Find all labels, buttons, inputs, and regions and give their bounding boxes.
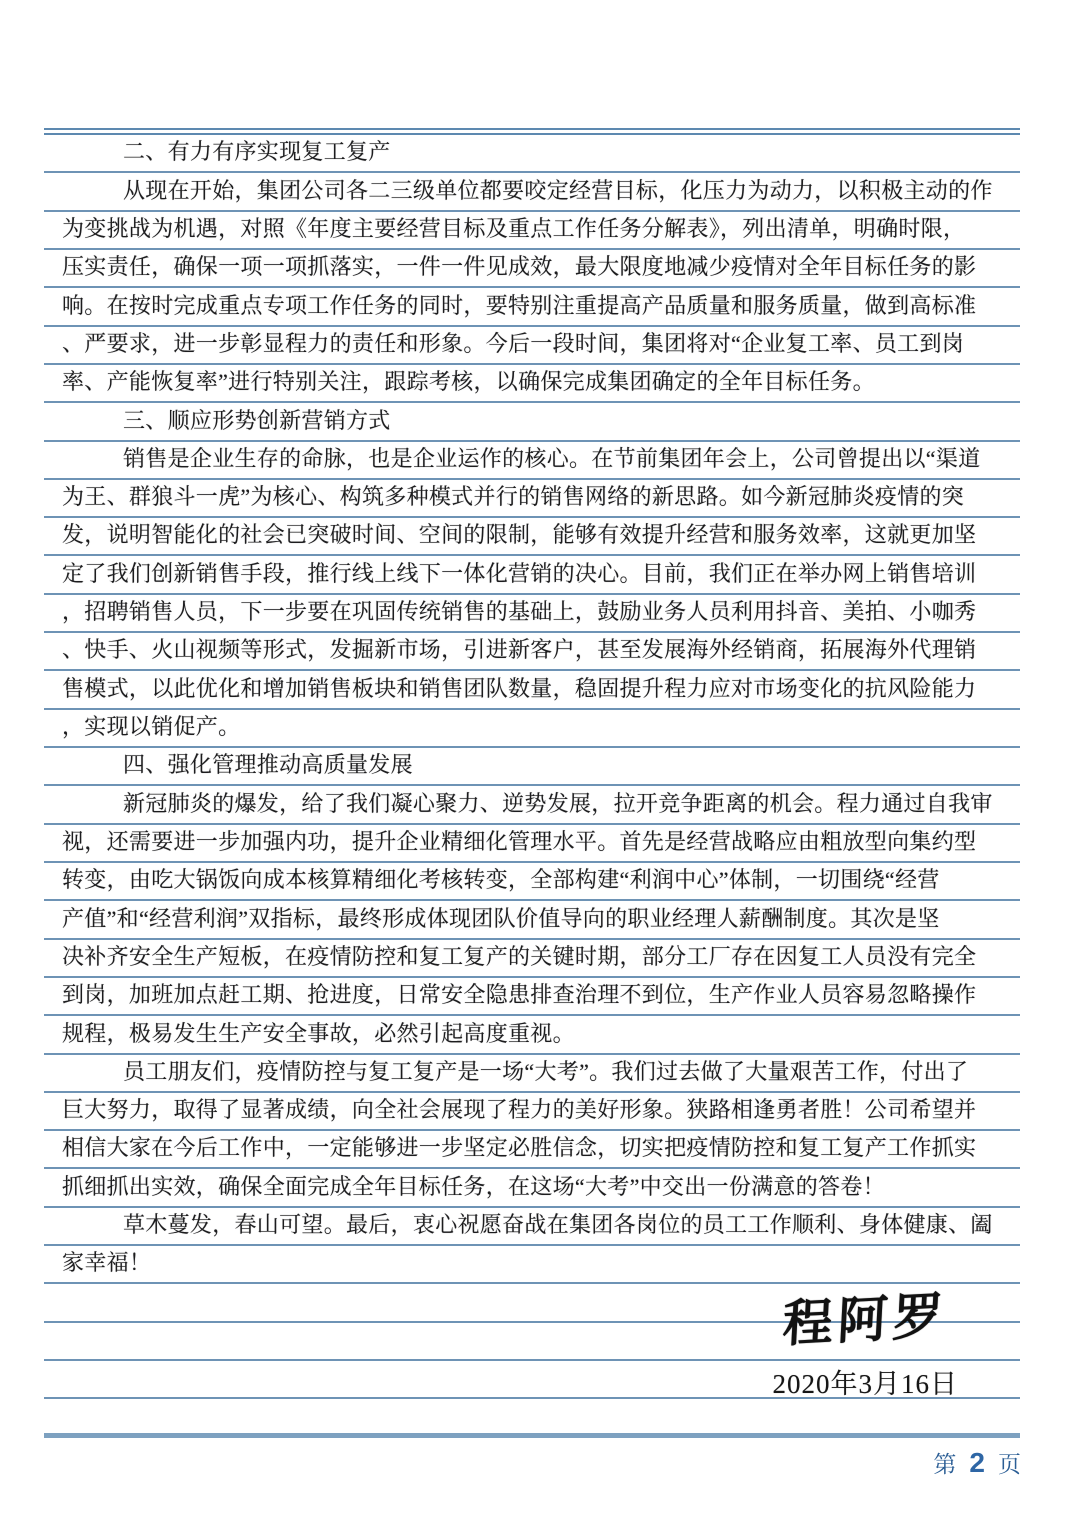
ruled-row: 到岗，加班加点赶工期、抢进度，日常安全隐患排查治理不到位，生产作业人员容易忽略操… — [44, 978, 1020, 1016]
text-line: 决补齐安全生产短板，在疫情防控和复工复产的关键时期，部分工厂存在因复工人员没有完… — [62, 940, 976, 971]
ruled-row: 为变挑战为机遇，对照《年度主要经营目标及重点工作任务分解表》，列出清单，明确时限… — [44, 212, 1020, 250]
text-line: 抓细抓出实效，确保全面完成全年目标任务，在这场“大考”中交出一份满意的答卷！ — [62, 1170, 885, 1201]
ruled-paper: 二、有力有序实现复工复产从现在开始，集团公司各二三级单位都要咬定经营目标，化压力… — [44, 128, 1020, 1438]
text-line: 产值”和“经营利润”双指标，最终形成体现团队价值导向的职业经理人薪酬制度。其次是… — [62, 902, 940, 933]
ruled-row: 抓细抓出实效，确保全面完成全年目标任务，在这场“大考”中交出一份满意的答卷！ — [44, 1169, 1020, 1207]
text-line: 为王、群狼斗一虎”为核心、构筑多种模式并行的销售网络的新思路。如今新冠肺炎疫情的… — [62, 480, 964, 511]
text-line: 压实责任，确保一项一项抓落实，一件一件见成效，最大限度地减少疫情对全年目标任务的… — [62, 250, 976, 281]
text-line: 视，还需要进一步加强内功，提升企业精细化管理水平。首先是经营战略应由粗放型向集约… — [62, 825, 976, 856]
text-line: 草木蔓发，春山可望。最后，衷心祝愿奋战在集团各岗位的员工工作顺利、身体健康、阖 — [123, 1208, 993, 1239]
ruled-row: 定了我们创新销售手段，推行线上线下一体化营销的决心。目前，我们正在举办网上销售培… — [44, 556, 1020, 594]
ruled-row: 压实责任，确保一项一项抓落实，一件一件见成效，最大限度地减少疫情对全年目标任务的… — [44, 250, 1020, 288]
ruled-row: ，招聘销售人员，下一步要在巩固传统销售的基础上，鼓励业务人员利用抖音、美拍、小咖… — [44, 595, 1020, 633]
section-heading: 四、强化管理推动高质量发展 — [123, 748, 413, 779]
text-line: 到岗，加班加点赶工期、抢进度，日常安全隐患排查治理不到位，生产作业人员容易忽略操… — [62, 978, 976, 1009]
text-line: 相信大家在今后工作中，一定能够进一步坚定必胜信念，切实把疫情防控和复工复产工作抓… — [62, 1131, 976, 1162]
document-page: { "colors": { "rule": "#6e93b5", "top_do… — [0, 0, 1080, 1527]
ruled-row: 视，还需要进一步加强内功，提升企业精细化管理水平。首先是经营战略应由粗放型向集约… — [44, 825, 1020, 863]
ruled-row: 产值”和“经营利润”双指标，最终形成体现团队价值导向的职业经理人薪酬制度。其次是… — [44, 901, 1020, 939]
signature-date: 2020年3月16日 — [773, 1362, 959, 1401]
ruled-row: 四、强化管理推动高质量发展 — [44, 748, 1020, 786]
ruled-row: 转变，由吃大锅饭向成本核算精细化考核转变，全部构建“利润中心”体制，一切围绕“经… — [44, 863, 1020, 901]
ruled-row: 、快手、火山视频等形式，发掘新市场，引进新客户，甚至发展海外经销商，拓展海外代理… — [44, 633, 1020, 671]
footer-page-number: 2 — [969, 1447, 986, 1479]
top-double-rule — [44, 128, 1020, 135]
text-line: 为变挑战为机遇，对照《年度主要经营目标及重点工作任务分解表》，列出清单，明确时限… — [62, 212, 965, 243]
ruled-rows: 二、有力有序实现复工复产从现在开始，集团公司各二三级单位都要咬定经营目标，化压力… — [44, 135, 1020, 1438]
ruled-row: ，实现以销促产。 — [44, 710, 1020, 748]
ruled-row: 巨大努力，取得了显著成绩，向全社会展现了程力的美好形象。狭路相逢勇者胜！公司希望… — [44, 1093, 1020, 1131]
ruled-row: 从现在开始，集团公司各二三级单位都要咬定经营目标，化压力为动力，以积极主动的作 — [44, 173, 1020, 211]
text-line: 家幸福！ — [62, 1246, 151, 1277]
text-line: 、严要求，进一步彰显程力的责任和形象。今后一段时间，集团将对“企业复工率、员工到… — [62, 327, 964, 358]
ruled-row: 为王、群狼斗一虎”为核心、构筑多种模式并行的销售网络的新思路。如今新冠肺炎疫情的… — [44, 480, 1020, 518]
footer-suffix: 页 — [998, 1446, 1022, 1479]
section-heading: 三、顺应形势创新营销方式 — [123, 404, 391, 435]
ruled-row: 、严要求，进一步彰显程力的责任和形象。今后一段时间，集团将对“企业复工率、员工到… — [44, 327, 1020, 365]
ruled-row: 新冠肺炎的爆发，给了我们凝心聚力、逆势发展，拉开竞争距离的机会。程力通过自我审 — [44, 786, 1020, 824]
ruled-row: 草木蔓发，春山可望。最后，衷心祝愿奋战在集团各岗位的员工工作顺利、身体健康、阖 — [44, 1208, 1020, 1246]
ruled-row: 售模式，以此优化和增加销售板块和销售团队数量，稳固提升程力应对市场变化的抗风险能… — [44, 671, 1020, 709]
ruled-row: 员工朋友们，疫情防控与复工复产是一场“大考”。我们过去做了大量艰苦工作，付出了 — [44, 1055, 1020, 1093]
page-footer: 第 2 页 — [933, 1446, 1022, 1479]
ruled-row: 发，说明智能化的社会已突破时间、空间的限制，能够有效提升经营和服务效率，这就更加… — [44, 518, 1020, 556]
ruled-row: 三、顺应形势创新营销方式 — [44, 403, 1020, 441]
section-heading: 二、有力有序实现复工复产 — [123, 135, 391, 166]
ruled-row: 销售是企业生存的命脉，也是企业运作的核心。在节前集团年会上，公司曾提出以“渠道 — [44, 442, 1020, 480]
text-line: 发，说明智能化的社会已突破时间、空间的限制，能够有效提升经营和服务效率，这就更加… — [62, 518, 976, 549]
text-line: 员工朋友们，疫情防控与复工复产是一场“大考”。我们过去做了大量艰苦工作，付出了 — [123, 1055, 968, 1086]
text-line: 率、产能恢复率”进行特别关注，跟踪考核，以确保完成集团确定的全年目标任务。 — [62, 365, 875, 396]
text-line: 、快手、火山视频等形式，发掘新市场，引进新客户，甚至发展海外经销商，拓展海外代理… — [62, 633, 976, 664]
signature: 程阿罗 — [781, 1276, 950, 1357]
footer-prefix: 第 — [933, 1446, 957, 1479]
text-line: 定了我们创新销售手段，推行线上线下一体化营销的决心。目前，我们正在举办网上销售培… — [62, 557, 976, 588]
text-line: 从现在开始，集团公司各二三级单位都要咬定经营目标，化压力为动力，以积极主动的作 — [123, 174, 993, 205]
text-line: ，实现以销促产。 — [62, 710, 240, 741]
ruled-row: 响。在按时完成重点专项工作任务的同时，要特别注重提高产品质量和服务质量，做到高标… — [44, 288, 1020, 326]
text-line: 转变，由吃大锅饭向成本核算精细化考核转变，全部构建“利润中心”体制，一切围绕“经… — [62, 863, 940, 894]
ruled-row: 二、有力有序实现复工复产 — [44, 135, 1020, 173]
ruled-row: 规程，极易发生生产安全事故，必然引起高度重视。 — [44, 1016, 1020, 1054]
ruled-row — [44, 1399, 1020, 1437]
ruled-row: 决补齐安全生产短板，在疫情防控和复工复产的关键时期，部分工厂存在因复工人员没有完… — [44, 940, 1020, 978]
text-line: 巨大努力，取得了显著成绩，向全社会展现了程力的美好形象。狭路相逢勇者胜！公司希望… — [62, 1093, 976, 1124]
text-line: 售模式，以此优化和增加销售板块和销售团队数量，稳固提升程力应对市场变化的抗风险能… — [62, 672, 976, 703]
text-line: ，招聘销售人员，下一步要在巩固传统销售的基础上，鼓励业务人员利用抖音、美拍、小咖… — [62, 595, 976, 626]
text-line: 规程，极易发生生产安全事故，必然引起高度重视。 — [62, 1017, 575, 1048]
text-line: 响。在按时完成重点专项工作任务的同时，要特别注重提高产品质量和服务质量，做到高标… — [62, 289, 976, 320]
ruled-row: 率、产能恢复率”进行特别关注，跟踪考核，以确保完成集团确定的全年目标任务。 — [44, 365, 1020, 403]
ruled-row: 相信大家在今后工作中，一定能够进一步坚定必胜信念，切实把疫情防控和复工复产工作抓… — [44, 1131, 1020, 1169]
text-line: 销售是企业生存的命脉，也是企业运作的核心。在节前集团年会上，公司曾提出以“渠道 — [123, 442, 980, 473]
text-line: 新冠肺炎的爆发，给了我们凝心聚力、逆势发展，拉开竞争距离的机会。程力通过自我审 — [123, 787, 993, 818]
